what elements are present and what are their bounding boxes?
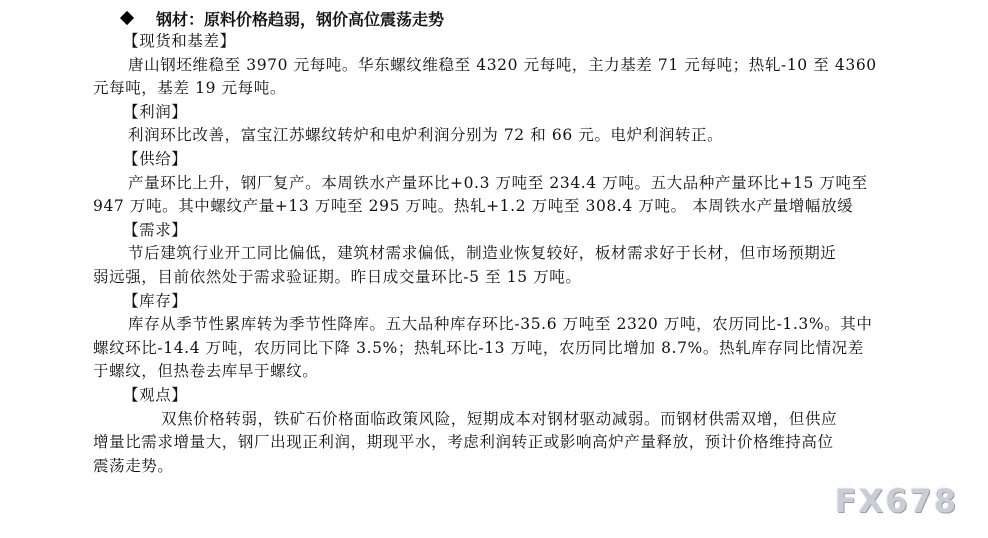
heading-profit: 【利润】 [93, 101, 903, 125]
paragraph-line: 产量环比上升，钢厂复产。本周铁水产量环比+0.3 万吨至 234.4 万吨。五大… [93, 172, 903, 196]
diamond-bullet-icon [120, 11, 134, 25]
paragraph-line: 双焦价格转弱，铁矿石价格面临政策风险，短期成本对钢材驱动减弱。而钢材供需双增，但… [93, 408, 903, 432]
watermark-logo: FX678 [835, 482, 958, 520]
title-text: 钢材：原料价格趋弱，钢价高位震荡走势 [156, 7, 444, 30]
paragraph-line: 元每吨，基差 19 元每吨。 [93, 77, 903, 101]
paragraph-line: 震荡走势。 [93, 455, 903, 479]
heading-inventory: 【库存】 [93, 290, 903, 314]
paragraph-line: 947 万吨。其中螺纹产量+13 万吨至 295 万吨。热轧+1.2 万吨至 3… [93, 195, 903, 219]
paragraph-line: 唐山钢坯维稳至 3970 元每吨。华东螺纹维稳至 4320 元每吨，主力基差 7… [93, 54, 903, 78]
paragraph-line: 于螺纹，但热卷去库早于螺纹。 [93, 360, 903, 384]
paragraph-line: 增量比需求增量大，钢厂出现正利润，期现平水，考虑利润转正或影响高炉产量释放，预计… [93, 431, 903, 455]
paragraph-line: 弱远强，目前依然处于需求验证期。昨日成交量环比-5 至 15 万吨。 [93, 266, 903, 290]
paragraph-line: 利润环比改善，富宝江苏螺纹转炉和电炉利润分别为 72 和 66 元。电炉利润转正… [93, 124, 903, 148]
paragraph-line: 库存从季节性累库转为季节性降库。五大品种库存环比-35.6 万吨至 2320 万… [93, 313, 903, 337]
heading-supply: 【供给】 [93, 148, 903, 172]
heading-spot-basis: 【现货和基差】 [93, 30, 903, 54]
paragraph-line: 节后建筑行业开工同比偏低，建筑材需求偏低，制造业恢复较好，板材需求好于长材，但市… [93, 242, 903, 266]
paragraph-line: 螺纹环比-14.4 万吨，农历同比下降 3.5%；热轧环比-13 万吨，农历同比… [93, 337, 903, 361]
heading-viewpoint: 【观点】 [93, 384, 903, 408]
heading-demand: 【需求】 [93, 219, 903, 243]
document-page: 钢材：原料价格趋弱，钢价高位震荡走势 【现货和基差】 唐山钢坯维稳至 3970 … [93, 6, 903, 478]
section-title: 钢材：原料价格趋弱，钢价高位震荡走势 [122, 6, 903, 30]
